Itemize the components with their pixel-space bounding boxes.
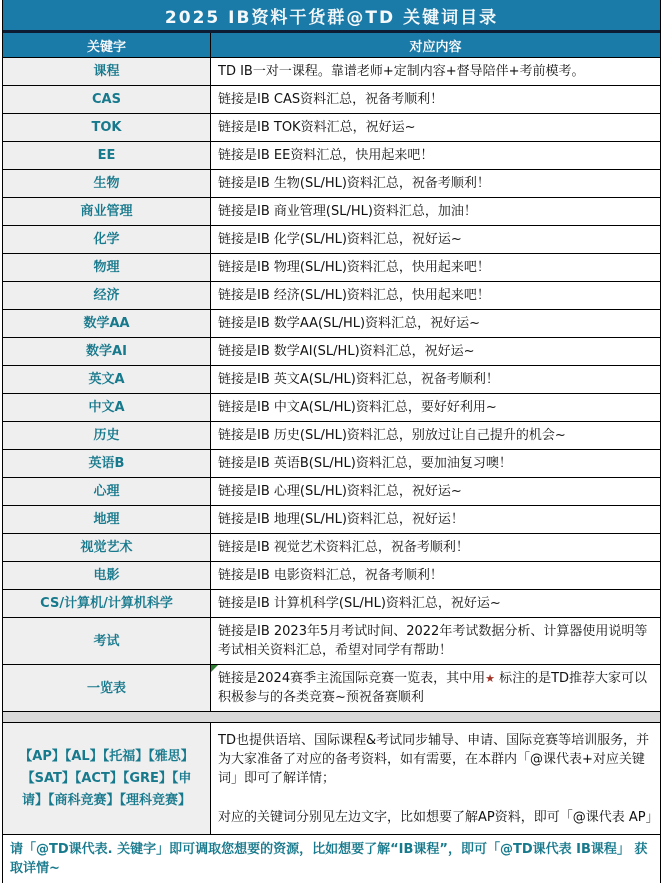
keyword-cell: 地理 — [3, 506, 211, 533]
table-row: 生物链接是IB 生物(SL/HL)资料汇总，祝备考顺利！ — [3, 170, 660, 198]
content-cell: TD IB一对一课程。靠谱老师+定制内容+督导陪伴+考前模考。 — [211, 58, 660, 85]
content-text: 链接是IB 2023年5月考试时间、2022年考试数据分析、计算器使用说明等考试… — [218, 622, 658, 660]
table-row: 视觉艺术链接是IB 视觉艺术资料汇总，祝备考顺利！ — [3, 534, 660, 562]
table-row: 化学链接是IB 化学(SL/HL)资料汇总，祝好运~ — [3, 226, 660, 254]
content-text: 链接是IB 物理(SL/HL)资料汇总，快用起来吧！ — [218, 258, 658, 277]
keyword-cell: TOK — [3, 114, 211, 141]
keyword-cell: 一览表 — [3, 665, 211, 711]
content-text: 链接是IB 英文A(SL/HL)资料汇总，祝备考顺利！ — [218, 370, 658, 389]
content-cell: 链接是IB 历史(SL/HL)资料汇总，别放过让自己提升的机会~ — [211, 422, 660, 449]
content-text: 链接是IB 心理(SL/HL)资料汇总，祝好运~ — [218, 482, 658, 501]
table-row: 课程TD IB一对一课程。靠谱老师+定制内容+督导陪伴+考前模考。 — [3, 58, 660, 86]
keyword-cell: 化学 — [3, 226, 211, 253]
content-text: 链接是IB 电影资料汇总，祝备考顺利！ — [218, 566, 658, 585]
content-text: 链接是IB CAS资料汇总，祝备考顺利！ — [218, 90, 658, 109]
keyword-cell: 视觉艺术 — [3, 534, 211, 561]
content-text: 链接是IB 经济(SL/HL)资料汇总，快用起来吧！ — [218, 286, 658, 305]
content-text: 链接是IB 视觉艺术资料汇总，祝备考顺利！ — [218, 538, 658, 557]
content-cell: 链接是IB TOK资料汇总，祝好运~ — [211, 114, 660, 141]
content-cell: 链接是IB 英文A(SL/HL)资料汇总，祝备考顺利！ — [211, 366, 660, 393]
content-cell: 链接是IB 化学(SL/HL)资料汇总，祝好运~ — [211, 226, 660, 253]
keyword-cell: 经济 — [3, 282, 211, 309]
content-cell: 链接是IB 英语B(SL/HL)资料汇总，要加油复习噢！ — [211, 450, 660, 477]
table-row: 英文A链接是IB 英文A(SL/HL)资料汇总，祝备考顺利！ — [3, 366, 660, 394]
footer-note: 请「@TD课代表. 关键字」即可调取您想要的资源，比如想要了解“IB课程”，即可… — [3, 835, 660, 883]
table-row: 物理链接是IB 物理(SL/HL)资料汇总，快用起来吧！ — [3, 254, 660, 282]
content-text: 链接是2024赛季主流国际竞赛一览表，其中用★ 标注的是TD推荐大家可以积极参与… — [218, 669, 658, 707]
table-row: 一览表链接是2024赛季主流国际竞赛一览表，其中用★ 标注的是TD推荐大家可以积… — [3, 665, 660, 712]
page: 2025 IB资料干货群@TD 关键词目录 关键字 对应内容 课程TD IB一对… — [0, 0, 662, 883]
table-row: 英语B链接是IB 英语B(SL/HL)资料汇总，要加油复习噢！ — [3, 450, 660, 478]
keyword-cell: 数学AA — [3, 310, 211, 337]
content-text: 链接是IB 商业管理(SL/HL)资料汇总，加油！ — [218, 202, 658, 221]
content-text: 链接是IB 数学AI(SL/HL)资料汇总，祝好运~ — [218, 342, 658, 361]
keyword-cell: 物理 — [3, 254, 211, 281]
content-cell: 链接是IB 物理(SL/HL)资料汇总，快用起来吧！ — [211, 254, 660, 281]
keyword-cell-other-services: 【AP】【AL】【托福】【雅思】【SAT】【ACT】【GRE】【申请】【商科竞赛… — [3, 723, 211, 834]
keyword-cell: 英语B — [3, 450, 211, 477]
table-row: 经济链接是IB 经济(SL/HL)资料汇总，快用起来吧！ — [3, 282, 660, 310]
content-text: 链接是IB TOK资料汇总，祝好运~ — [218, 118, 658, 137]
keyword-table: 2025 IB资料干货群@TD 关键词目录 关键字 对应内容 课程TD IB一对… — [2, 0, 661, 883]
content-cell: 链接是IB 地理(SL/HL)资料汇总，祝好运！ — [211, 506, 660, 533]
keyword-cell: 电影 — [3, 562, 211, 589]
other-services-paragraph-1: TD也提供语培、国际课程&考试同步辅导、申请、国际竞赛等培训服务，并为大家准备了… — [218, 731, 658, 788]
bottom-row: 【AP】【AL】【托福】【雅思】【SAT】【ACT】【GRE】【申请】【商科竞赛… — [3, 723, 660, 835]
comment-marker-icon — [211, 665, 218, 672]
content-text: 链接是IB 数学AA(SL/HL)资料汇总，祝好运~ — [218, 314, 658, 333]
content-cell: 链接是IB 2023年5月考试时间、2022年考试数据分析、计算器使用说明等考试… — [211, 618, 660, 664]
keyword-cell: CAS — [3, 86, 211, 113]
title-bar: 2025 IB资料干货群@TD 关键词目录 — [3, 0, 660, 33]
content-text: 链接是IB 英语B(SL/HL)资料汇总，要加油复习噢！ — [218, 454, 658, 473]
rows: 课程TD IB一对一课程。靠谱老师+定制内容+督导陪伴+考前模考。CAS链接是I… — [3, 58, 660, 712]
content-text: 链接是IB 中文A(SL/HL)资料汇总，要好好利用~ — [218, 398, 658, 417]
content-text: 链接是IB 生物(SL/HL)资料汇总，祝备考顺利！ — [218, 174, 658, 193]
content-cell: 链接是IB 中文A(SL/HL)资料汇总，要好好利用~ — [211, 394, 660, 421]
content-cell: 链接是IB 生物(SL/HL)资料汇总，祝备考顺利！ — [211, 170, 660, 197]
content-cell: 链接是IB 商业管理(SL/HL)资料汇总，加油！ — [211, 198, 660, 225]
keyword-cell: 数学AI — [3, 338, 211, 365]
other-services-paragraph-2: 对应的关键词分别见左边文字，比如想要了解AP资料，即可「@课代表 AP」 — [218, 808, 658, 827]
table-row: 历史链接是IB 历史(SL/HL)资料汇总，别放过让自己提升的机会~ — [3, 422, 660, 450]
keyword-cell: EE — [3, 142, 211, 169]
keyword-cell: 英文A — [3, 366, 211, 393]
table-row: CAS链接是IB CAS资料汇总，祝备考顺利！ — [3, 86, 660, 114]
content-text: 链接是IB 历史(SL/HL)资料汇总，别放过让自己提升的机会~ — [218, 426, 658, 445]
keyword-cell: 中文A — [3, 394, 211, 421]
keyword-cell: 商业管理 — [3, 198, 211, 225]
keyword-cell: 课程 — [3, 58, 211, 85]
column-header-content: 对应内容 — [211, 33, 660, 57]
table-row: 心理链接是IB 心理(SL/HL)资料汇总，祝好运~ — [3, 478, 660, 506]
column-header-keyword: 关键字 — [3, 33, 211, 57]
content-cell: 链接是2024赛季主流国际竞赛一览表，其中用★ 标注的是TD推荐大家可以积极参与… — [211, 665, 660, 711]
content-cell: 链接是IB 经济(SL/HL)资料汇总，快用起来吧！ — [211, 282, 660, 309]
table-row: 商业管理链接是IB 商业管理(SL/HL)资料汇总，加油！ — [3, 198, 660, 226]
table-row: 数学AI链接是IB 数学AI(SL/HL)资料汇总，祝好运~ — [3, 338, 660, 366]
table-row: 地理链接是IB 地理(SL/HL)资料汇总，祝好运！ — [3, 506, 660, 534]
content-cell: 链接是IB 计算机科学(SL/HL)资料汇总，祝好运~ — [211, 590, 660, 617]
table-row: TOK链接是IB TOK资料汇总，祝好运~ — [3, 114, 660, 142]
content-text: 链接是IB 地理(SL/HL)资料汇总，祝好运！ — [218, 510, 658, 529]
table-row: 电影链接是IB 电影资料汇总，祝备考顺利！ — [3, 562, 660, 590]
content-cell: 链接是IB 视觉艺术资料汇总，祝备考顺利！ — [211, 534, 660, 561]
table-row: CS/计算机/计算机科学链接是IB 计算机科学(SL/HL)资料汇总，祝好运~ — [3, 590, 660, 618]
star-icon: ★ — [485, 672, 495, 685]
table-row: EE链接是IB EE资料汇总，快用起来吧！ — [3, 142, 660, 170]
content-text: 链接是IB 化学(SL/HL)资料汇总，祝好运~ — [218, 230, 658, 249]
content-text: 链接是IB EE资料汇总，快用起来吧！ — [218, 146, 658, 165]
content-cell: 链接是IB 心理(SL/HL)资料汇总，祝好运~ — [211, 478, 660, 505]
table-row: 中文A链接是IB 中文A(SL/HL)资料汇总，要好好利用~ — [3, 394, 660, 422]
keyword-cell: 考试 — [3, 618, 211, 664]
keyword-cell: CS/计算机/计算机科学 — [3, 590, 211, 617]
keyword-cell: 历史 — [3, 422, 211, 449]
table-row: 数学AA链接是IB 数学AA(SL/HL)资料汇总，祝好运~ — [3, 310, 660, 338]
content-cell: 链接是IB 电影资料汇总，祝备考顺利！ — [211, 562, 660, 589]
separator-row — [3, 712, 660, 723]
keyword-cell: 心理 — [3, 478, 211, 505]
page-title: 2025 IB资料干货群@TD 关键词目录 — [165, 3, 498, 28]
content-cell-other-services: TD也提供语培、国际课程&考试同步辅导、申请、国际竞赛等培训服务，并为大家准备了… — [211, 723, 660, 834]
content-text: TD IB一对一课程。靠谱老师+定制内容+督导陪伴+考前模考。 — [218, 62, 658, 81]
content-cell: 链接是IB 数学AI(SL/HL)资料汇总，祝好运~ — [211, 338, 660, 365]
content-cell: 链接是IB CAS资料汇总，祝备考顺利！ — [211, 86, 660, 113]
table-row: 考试链接是IB 2023年5月考试时间、2022年考试数据分析、计算器使用说明等… — [3, 618, 660, 665]
content-cell: 链接是IB 数学AA(SL/HL)资料汇总，祝好运~ — [211, 310, 660, 337]
content-cell: 链接是IB EE资料汇总，快用起来吧！ — [211, 142, 660, 169]
table-header-row: 关键字 对应内容 — [3, 33, 660, 58]
keyword-cell: 生物 — [3, 170, 211, 197]
content-text: 链接是IB 计算机科学(SL/HL)资料汇总，祝好运~ — [218, 594, 658, 613]
